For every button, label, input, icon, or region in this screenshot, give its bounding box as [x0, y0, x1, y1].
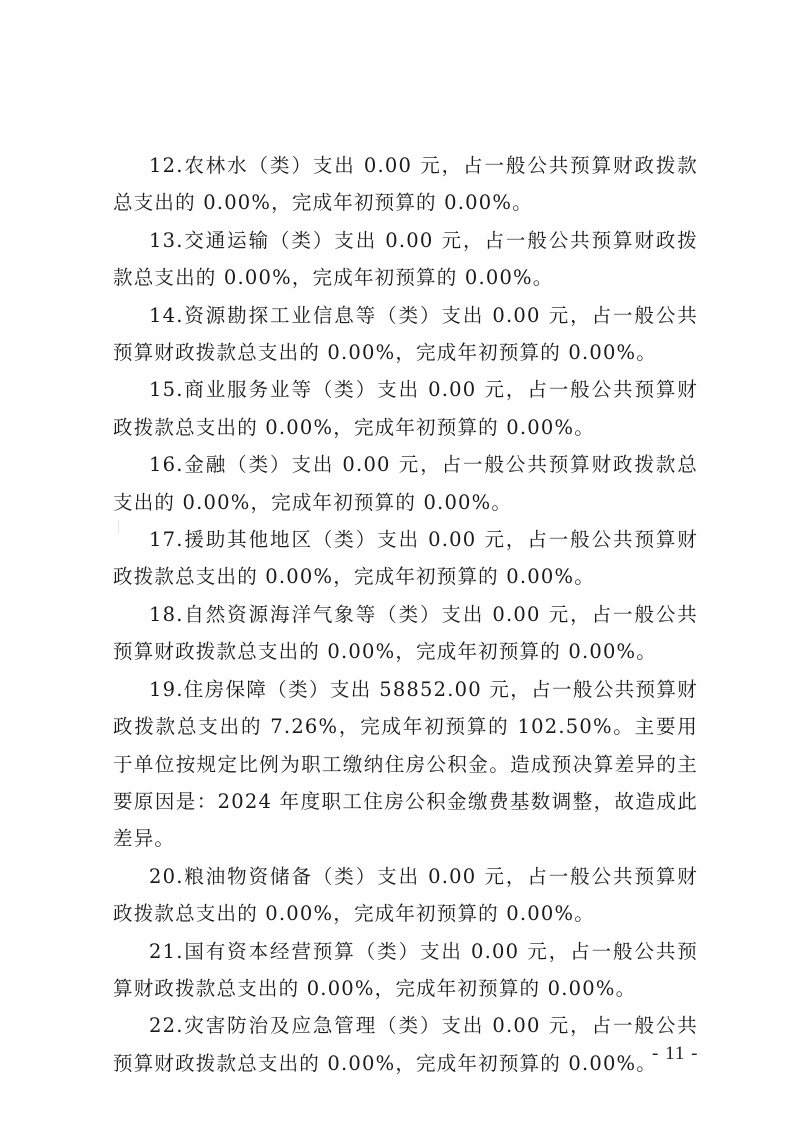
- paragraph-item-13: 13.交通运输（类）支出 0.00 元，占一般公共预算财政拨款总支出的 0.00…: [113, 222, 698, 297]
- paragraph-item-21: 21.国有资本经营预算（类）支出 0.00 元，占一般公共预算财政拨款总支出的 …: [113, 933, 698, 1008]
- paragraph-item-12: 12.农林水（类）支出 0.00 元，占一般公共预算财政拨款总支出的 0.00%…: [113, 147, 698, 222]
- paragraph-item-20: 20.粮油物资储备（类）支出 0.00 元，占一般公共预算财政拨款总支出的 0.…: [113, 858, 698, 933]
- paragraph-item-17: 17.援助其他地区（类）支出 0.00 元，占一般公共预算财政拨款总支出的 0.…: [113, 521, 698, 596]
- scan-artifact-line: [118, 520, 119, 534]
- paragraph-item-19: 19.住房保障（类）支出 58852.00 元，占一般公共预算财政拨款总支出的 …: [113, 671, 698, 858]
- document-page: 12.农林水（类）支出 0.00 元，占一般公共预算财政拨款总支出的 0.00%…: [0, 0, 793, 1122]
- paragraph-item-14: 14.资源勘探工业信息等（类）支出 0.00 元，占一般公共预算财政拨款总支出的…: [113, 297, 698, 372]
- paragraph-item-15: 15.商业服务业等（类）支出 0.00 元，占一般公共预算财政拨款总支出的 0.…: [113, 371, 698, 446]
- paragraph-item-22: 22.灾害防治及应急管理（类）支出 0.00 元，占一般公共预算财政拨款总支出的…: [113, 1007, 698, 1082]
- paragraph-item-16: 16.金融（类）支出 0.00 元，占一般公共预算财政拨款总支出的 0.00%，…: [113, 446, 698, 521]
- paragraph-item-18: 18.自然资源海洋气象等（类）支出 0.00 元，占一般公共预算财政拨款总支出的…: [113, 596, 698, 671]
- page-number: - 11 -: [652, 1043, 698, 1065]
- document-body: 12.农林水（类）支出 0.00 元，占一般公共预算财政拨款总支出的 0.00%…: [113, 147, 698, 1082]
